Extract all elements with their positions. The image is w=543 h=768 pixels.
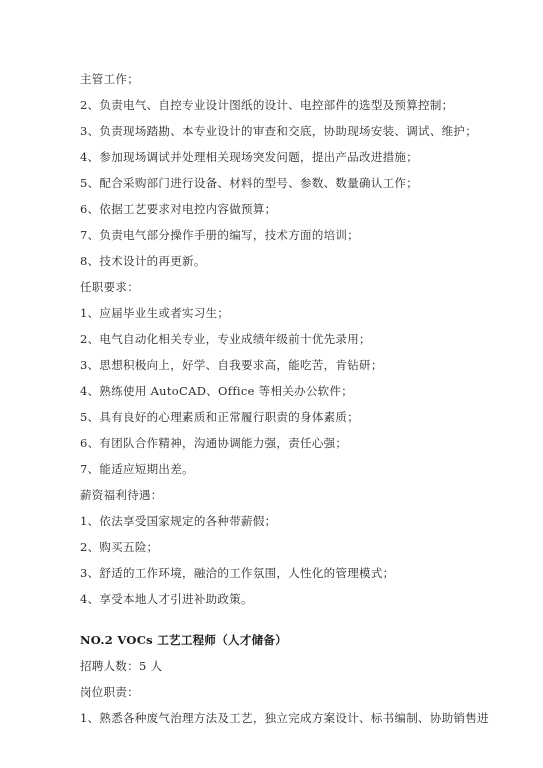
duty-item: 6、依据工艺要求对电控内容做预算； [80,202,276,216]
duty-item: 7、负责电气部分操作手册的编写，技术方面的培训； [80,228,359,242]
duty-item: 2、负责电气、自控专业设计图纸的设计、电控部件的选型及预算控制； [80,98,453,112]
requirement-item: 4、熟练使用 AutoCAD、Office 等相关办公软件； [80,384,353,398]
section-heading: NO.2 VOCs 工艺工程师（人才储备） [80,633,287,647]
requirement-item: 7、能适应短期出差。 [80,462,194,476]
requirement-item: 5、具有良好的心理素质和正常履行职责的身体素质； [80,410,359,424]
headcount: 招聘人数：5 人 [80,659,162,673]
benefits-label: 薪资福利待遇： [80,488,163,502]
requirement-item: 2、电气自动化相关专业，专业成绩年级前十优先录用； [80,332,371,346]
benefit-item: 4、享受本地人才引进补助政策。 [80,592,253,606]
requirement-item: 3、思想积极向上，好学、自我要求高，能吃苦，肯钻研； [80,358,383,372]
benefit-item: 3、舒适的工作环境，融洽的工作氛围，人性化的管理模式； [80,566,394,580]
duties-label: 岗位职责： [80,685,139,699]
duty-item: 8、技术设计的再更新。 [80,254,206,268]
benefit-item: 2、购买五险； [80,540,158,554]
duty-item: 4、参加现场调试并处理相关现场突发问题，提出产品改进措施； [80,150,418,164]
duty-item: 3、负责现场踏勘、本专业设计的审查和交底，协助现场安装、调试、维护； [80,124,477,138]
duties-label: 主管工作； [80,72,139,86]
requirement-item: 6、有团队合作精神，沟通协调能力强，责任心强； [80,436,347,450]
benefit-item: 1、依法享受国家规定的各种带薪假； [80,514,276,528]
requirement-item: 1、应届毕业生或者实习生； [80,306,229,320]
duty-item: 1、熟悉各种废气治理方法及工艺，独立完成方案设计、标书编制、协助销售进 [80,711,489,725]
duty-item: 5、配合采购部门进行设备、材料的型号、参数、数量确认工作； [80,176,418,190]
requirements-label: 任职要求： [80,280,139,294]
